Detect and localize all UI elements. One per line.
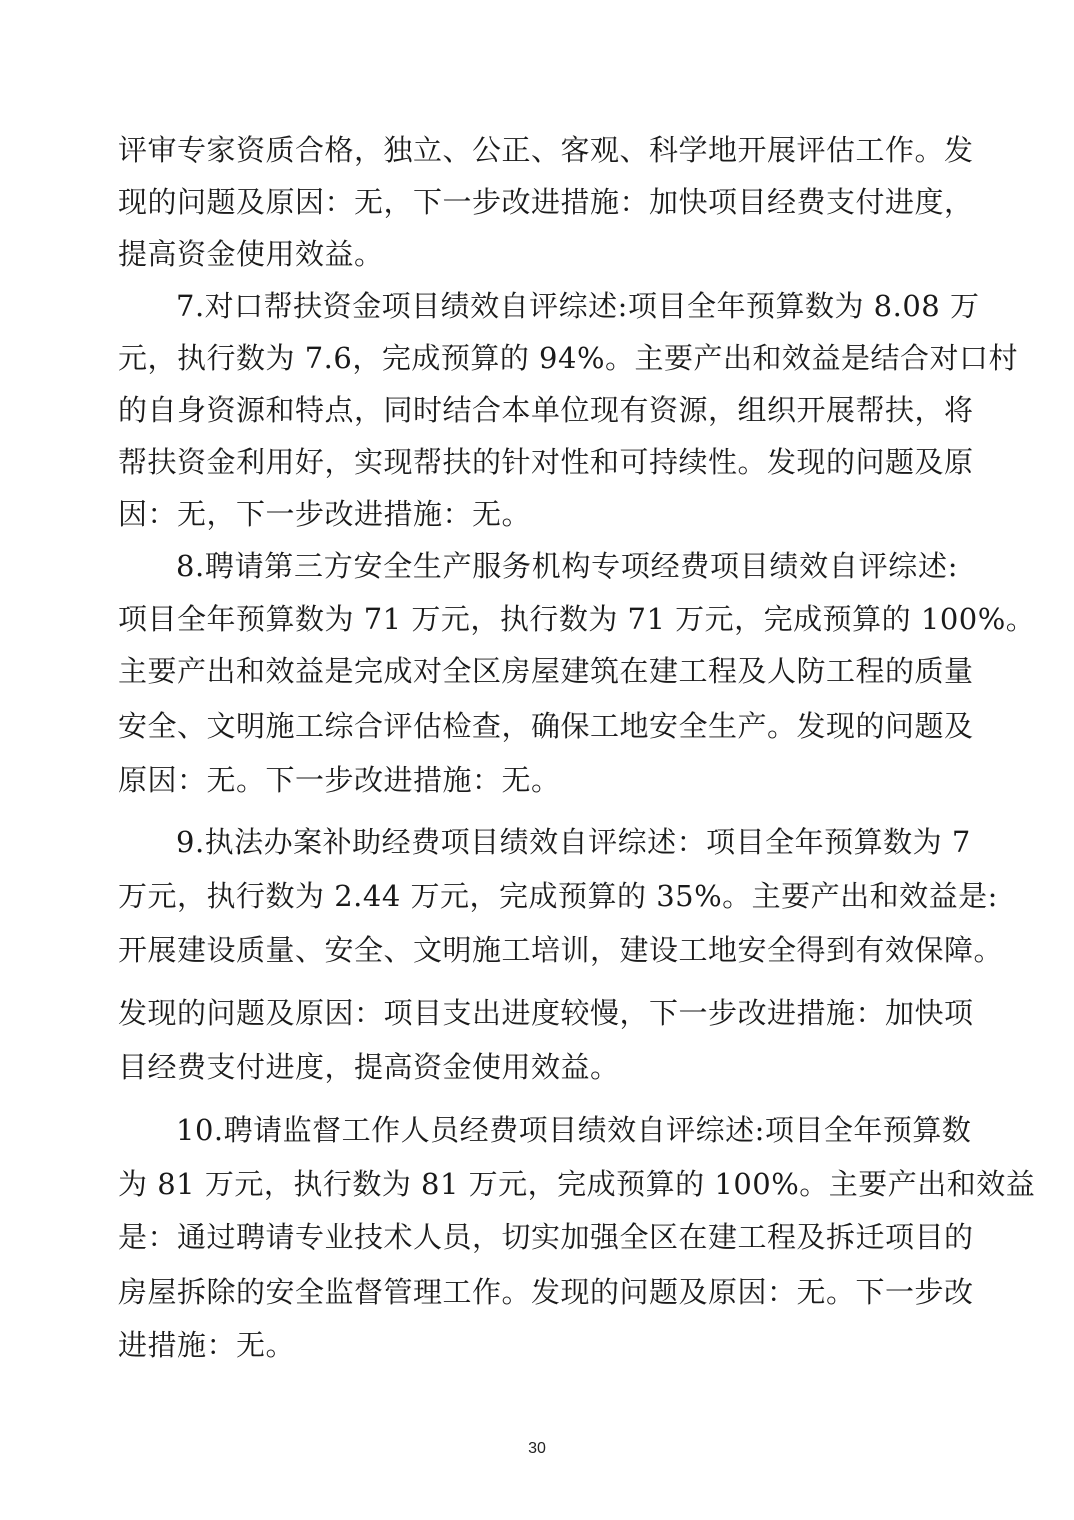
text-line: 目经费支付进度，提高资金使用效益。 — [118, 1047, 958, 1087]
text-line: 元，执行数为 7.6，完成预算的 94%。主要产出和效益是结合对口村 — [118, 338, 958, 378]
text-line: 提高资金使用效益。 — [118, 234, 958, 274]
text-line: 进措施：无。 — [118, 1325, 958, 1365]
document-page: 评审专家资质合格，独立、公正、客观、科学地开展评估工作。发 现的问题及原因：无，… — [0, 0, 1074, 1520]
text-line: 10.聘请监督工作人员经费项目绩效自评综述:项目全年预算数 — [176, 1110, 958, 1150]
text-line: 为 81 万元，执行数为 81 万元，完成预算的 100%。主要产出和效益 — [118, 1164, 958, 1204]
text-line: 是：通过聘请专业技术人员，切实加强全区在建工程及拆迁项目的 — [118, 1217, 958, 1257]
text-line: 万元，执行数为 2.44 万元，完成预算的 35%。主要产出和效益是: — [118, 876, 958, 916]
text-line: 安全、文明施工综合评估检查，确保工地安全生产。发现的问题及 — [118, 706, 958, 746]
text-line: 原因：无。下一步改进措施：无。 — [118, 760, 958, 800]
text-line: 7.对口帮扶资金项目绩效自评综述:项目全年预算数为 8.08 万 — [176, 286, 958, 326]
text-line: 8.聘请第三方安全生产服务机构专项经费项目绩效自评综述: — [176, 546, 958, 586]
text-line: 房屋拆除的安全监督管理工作。发现的问题及原因：无。下一步改 — [118, 1272, 958, 1312]
text-line: 项目全年预算数为 71 万元，执行数为 71 万元，完成预算的 100%。 — [118, 599, 958, 639]
text-line: 评审专家资质合格，独立、公正、客观、科学地开展评估工作。发 — [118, 130, 958, 170]
text-line: 发现的问题及原因：项目支出进度较慢，下一步改进措施：加快项 — [118, 993, 958, 1033]
text-line: 主要产出和效益是完成对全区房屋建筑在建工程及人防工程的质量 — [118, 651, 958, 691]
page-number: 30 — [0, 1440, 1074, 1458]
text-line: 的自身资源和特点，同时结合本单位现有资源，组织开展帮扶，将 — [118, 390, 958, 430]
text-line: 9.执法办案补助经费项目绩效自评综述：项目全年预算数为 7 — [176, 822, 958, 862]
text-line: 开展建设质量、安全、文明施工培训，建设工地安全得到有效保障。 — [118, 930, 958, 970]
text-line: 因：无，下一步改进措施：无。 — [118, 494, 958, 534]
text-line: 帮扶资金利用好，实现帮扶的针对性和可持续性。发现的问题及原 — [118, 442, 958, 482]
text-line: 现的问题及原因：无，下一步改进措施：加快项目经费支付进度， — [118, 182, 958, 222]
